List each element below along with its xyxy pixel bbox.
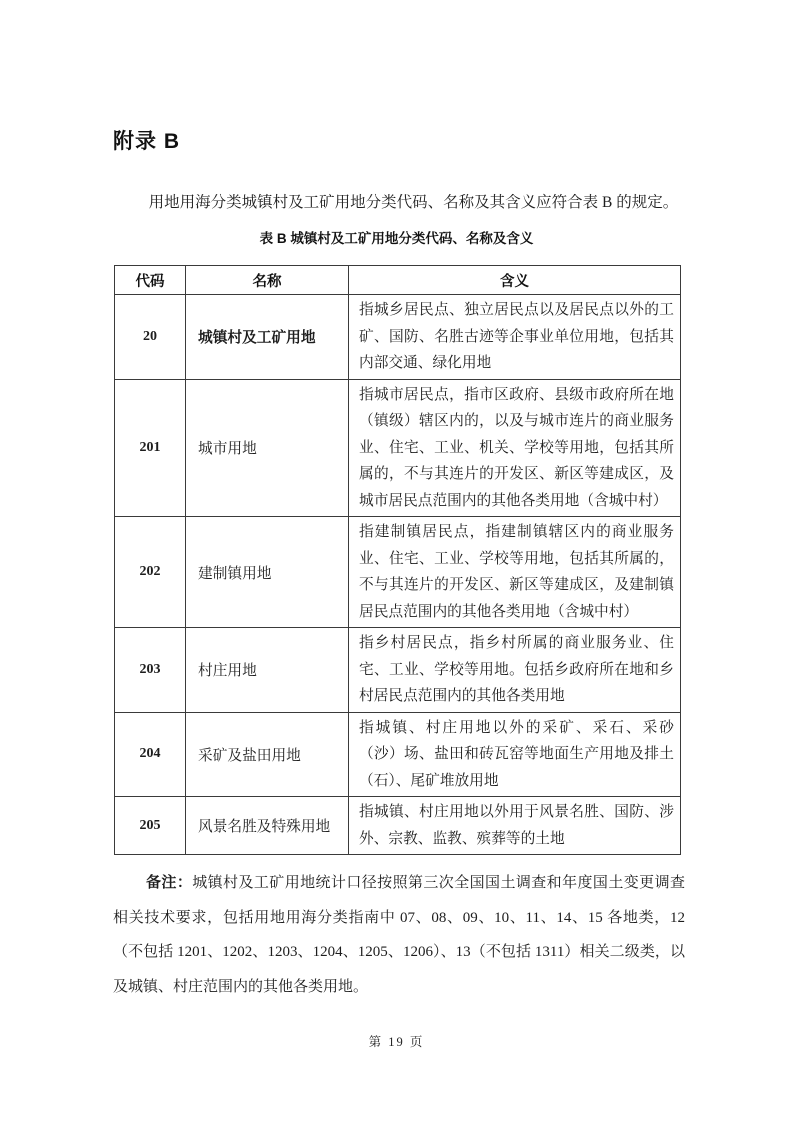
cell-meaning: 指建制镇居民点，指建制镇辖区内的商业服务业、住宅、工业、学校等用地，包括其所属的… xyxy=(349,517,681,628)
cell-name: 城市用地 xyxy=(186,379,349,517)
header-meaning: 含义 xyxy=(349,266,681,295)
cell-meaning: 指城乡居民点、独立居民点以及居民点以外的工矿、国防、名胜古迹等企事业单位用地，包… xyxy=(349,295,681,380)
appendix-title: 附录 B xyxy=(0,0,793,155)
cell-code: 204 xyxy=(115,712,186,797)
land-classification-table: 代码 名称 含义 20 城镇村及工矿用地 指城乡居民点、独立居民点以及居民点以外… xyxy=(114,265,681,855)
cell-code: 202 xyxy=(115,517,186,628)
cell-code: 20 xyxy=(115,295,186,380)
cell-name: 城镇村及工矿用地 xyxy=(186,295,349,380)
cell-meaning: 指乡村居民点，指乡村所属的商业服务业、住宅、工业、学校等用地。包括乡政府所在地和… xyxy=(349,628,681,713)
header-code: 代码 xyxy=(115,266,186,295)
table-row: 205 风景名胜及特殊用地 指城镇、村庄用地以外用于风景名胜、国防、涉外、宗教、… xyxy=(115,797,681,855)
document-page: 附录 B 用地用海分类城镇村及工矿用地分类代码、名称及其含义应符合表 B 的规定… xyxy=(0,0,793,1122)
cell-meaning: 指城镇、村庄用地以外用于风景名胜、国防、涉外、宗教、监教、殡葬等的土地 xyxy=(349,797,681,855)
table-header-row: 代码 名称 含义 xyxy=(115,266,681,295)
page-number: 第 19 页 xyxy=(0,1032,793,1050)
table-row: 202 建制镇用地 指建制镇居民点，指建制镇辖区内的商业服务业、住宅、工业、学校… xyxy=(115,517,681,628)
header-name: 名称 xyxy=(186,266,349,295)
cell-code: 203 xyxy=(115,628,186,713)
table-row: 20 城镇村及工矿用地 指城乡居民点、独立居民点以及居民点以外的工矿、国防、名胜… xyxy=(115,295,681,380)
table-caption: 表 B 城镇村及工矿用地分类代码、名称及含义 xyxy=(0,227,793,247)
footnote-text: 城镇村及工矿用地统计口径按照第三次全国国土调查和年度国土变更调查相关技术要求，包… xyxy=(113,875,685,995)
table-row: 201 城市用地 指城市居民点，指市区政府、县级市政府所在地（镇级）辖区内的，以… xyxy=(115,379,681,517)
footnote: 备注：城镇村及工矿用地统计口径按照第三次全国国土调查和年度国土变更调查相关技术要… xyxy=(113,866,685,1004)
cell-name: 村庄用地 xyxy=(186,628,349,713)
intro-paragraph: 用地用海分类城镇村及工矿用地分类代码、名称及其含义应符合表 B 的规定。 xyxy=(113,193,693,213)
cell-code: 205 xyxy=(115,797,186,855)
footnote-label: 备注： xyxy=(146,874,192,891)
table-row: 204 采矿及盐田用地 指城镇、村庄用地以外的采矿、采石、采砂（沙）场、盐田和砖… xyxy=(115,712,681,797)
table-row: 203 村庄用地 指乡村居民点，指乡村所属的商业服务业、住宅、工业、学校等用地。… xyxy=(115,628,681,713)
cell-code: 201 xyxy=(115,379,186,517)
cell-name: 建制镇用地 xyxy=(186,517,349,628)
cell-meaning: 指城镇、村庄用地以外的采矿、采石、采砂（沙）场、盐田和砖瓦窑等地面生产用地及排土… xyxy=(349,712,681,797)
cell-name: 采矿及盐田用地 xyxy=(186,712,349,797)
cell-meaning: 指城市居民点，指市区政府、县级市政府所在地（镇级）辖区内的，以及与城市连片的商业… xyxy=(349,379,681,517)
cell-name: 风景名胜及特殊用地 xyxy=(186,797,349,855)
